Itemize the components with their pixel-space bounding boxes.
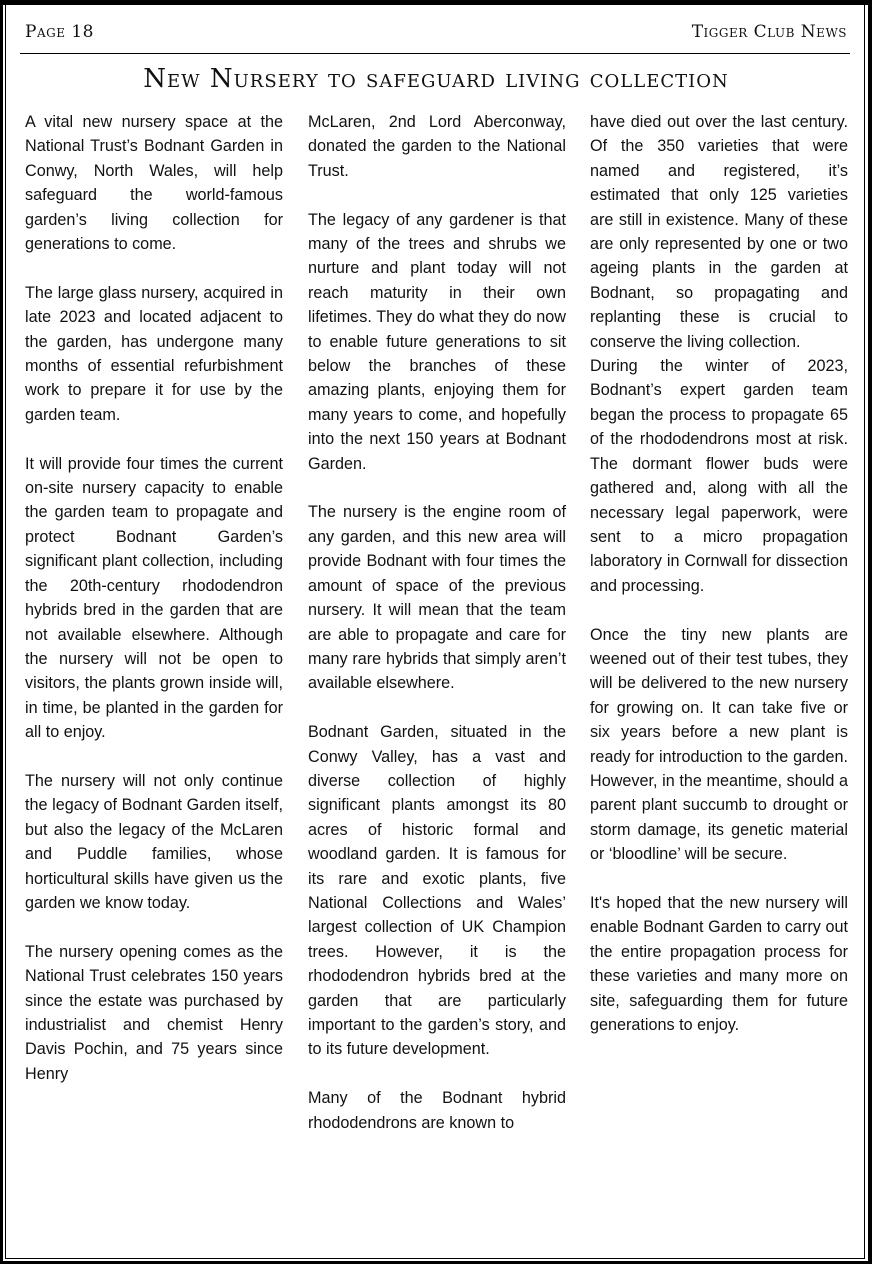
page-number: Page 18 [25,22,94,42]
article-column-1: A vital new nursery space at the Nationa… [25,110,283,1111]
page-border-right [868,0,872,1264]
article-column-3: have died out over the last century. Of … [590,110,848,1062]
page-border-bottom-inner [5,1258,865,1259]
article-title: New Nursery to safeguard living collecti… [0,64,872,94]
paragraph: The nursery is the engine room of any ga… [308,500,566,695]
page-border-right-inner [864,5,865,1259]
page-border-top [0,0,872,5]
article-column-2: McLaren, 2nd Lord Aberconway, donated th… [308,110,566,1159]
paragraph: Once the tiny new plants are weened out … [590,623,848,867]
header-rule [20,53,850,54]
paragraph: A vital new nursery space at the Nationa… [25,110,283,256]
paragraph: During the winter of 2023, Bodnant’s exp… [590,354,848,598]
paragraph: It's hoped that the new nursery will ena… [590,891,848,1037]
newsletter-page: Page 18 Tigger Club News New Nursery to … [0,0,872,1264]
paragraph: Bodnant Garden, situated in the Conwy Va… [308,720,566,1062]
paragraph: The nursery opening comes as the Nationa… [25,940,283,1086]
paragraph: The nursery will not only continue the l… [25,769,283,915]
paragraph: McLaren, 2nd Lord Aberconway, donated th… [308,110,566,183]
running-header: Page 18 Tigger Club News [25,22,847,46]
publication-title: Tigger Club News [692,22,847,42]
paragraph: The large glass nursery, acquired in lat… [25,281,283,427]
page-border-left-inner [5,5,6,1259]
paragraph: Many of the Bodnant hybrid rhododendrons… [308,1086,566,1135]
paragraph: The legacy of any gardener is that many … [308,208,566,476]
page-border-left [0,0,3,1264]
paragraph: It will provide four times the current o… [25,452,283,745]
paragraph: have died out over the last century. Of … [590,110,848,354]
